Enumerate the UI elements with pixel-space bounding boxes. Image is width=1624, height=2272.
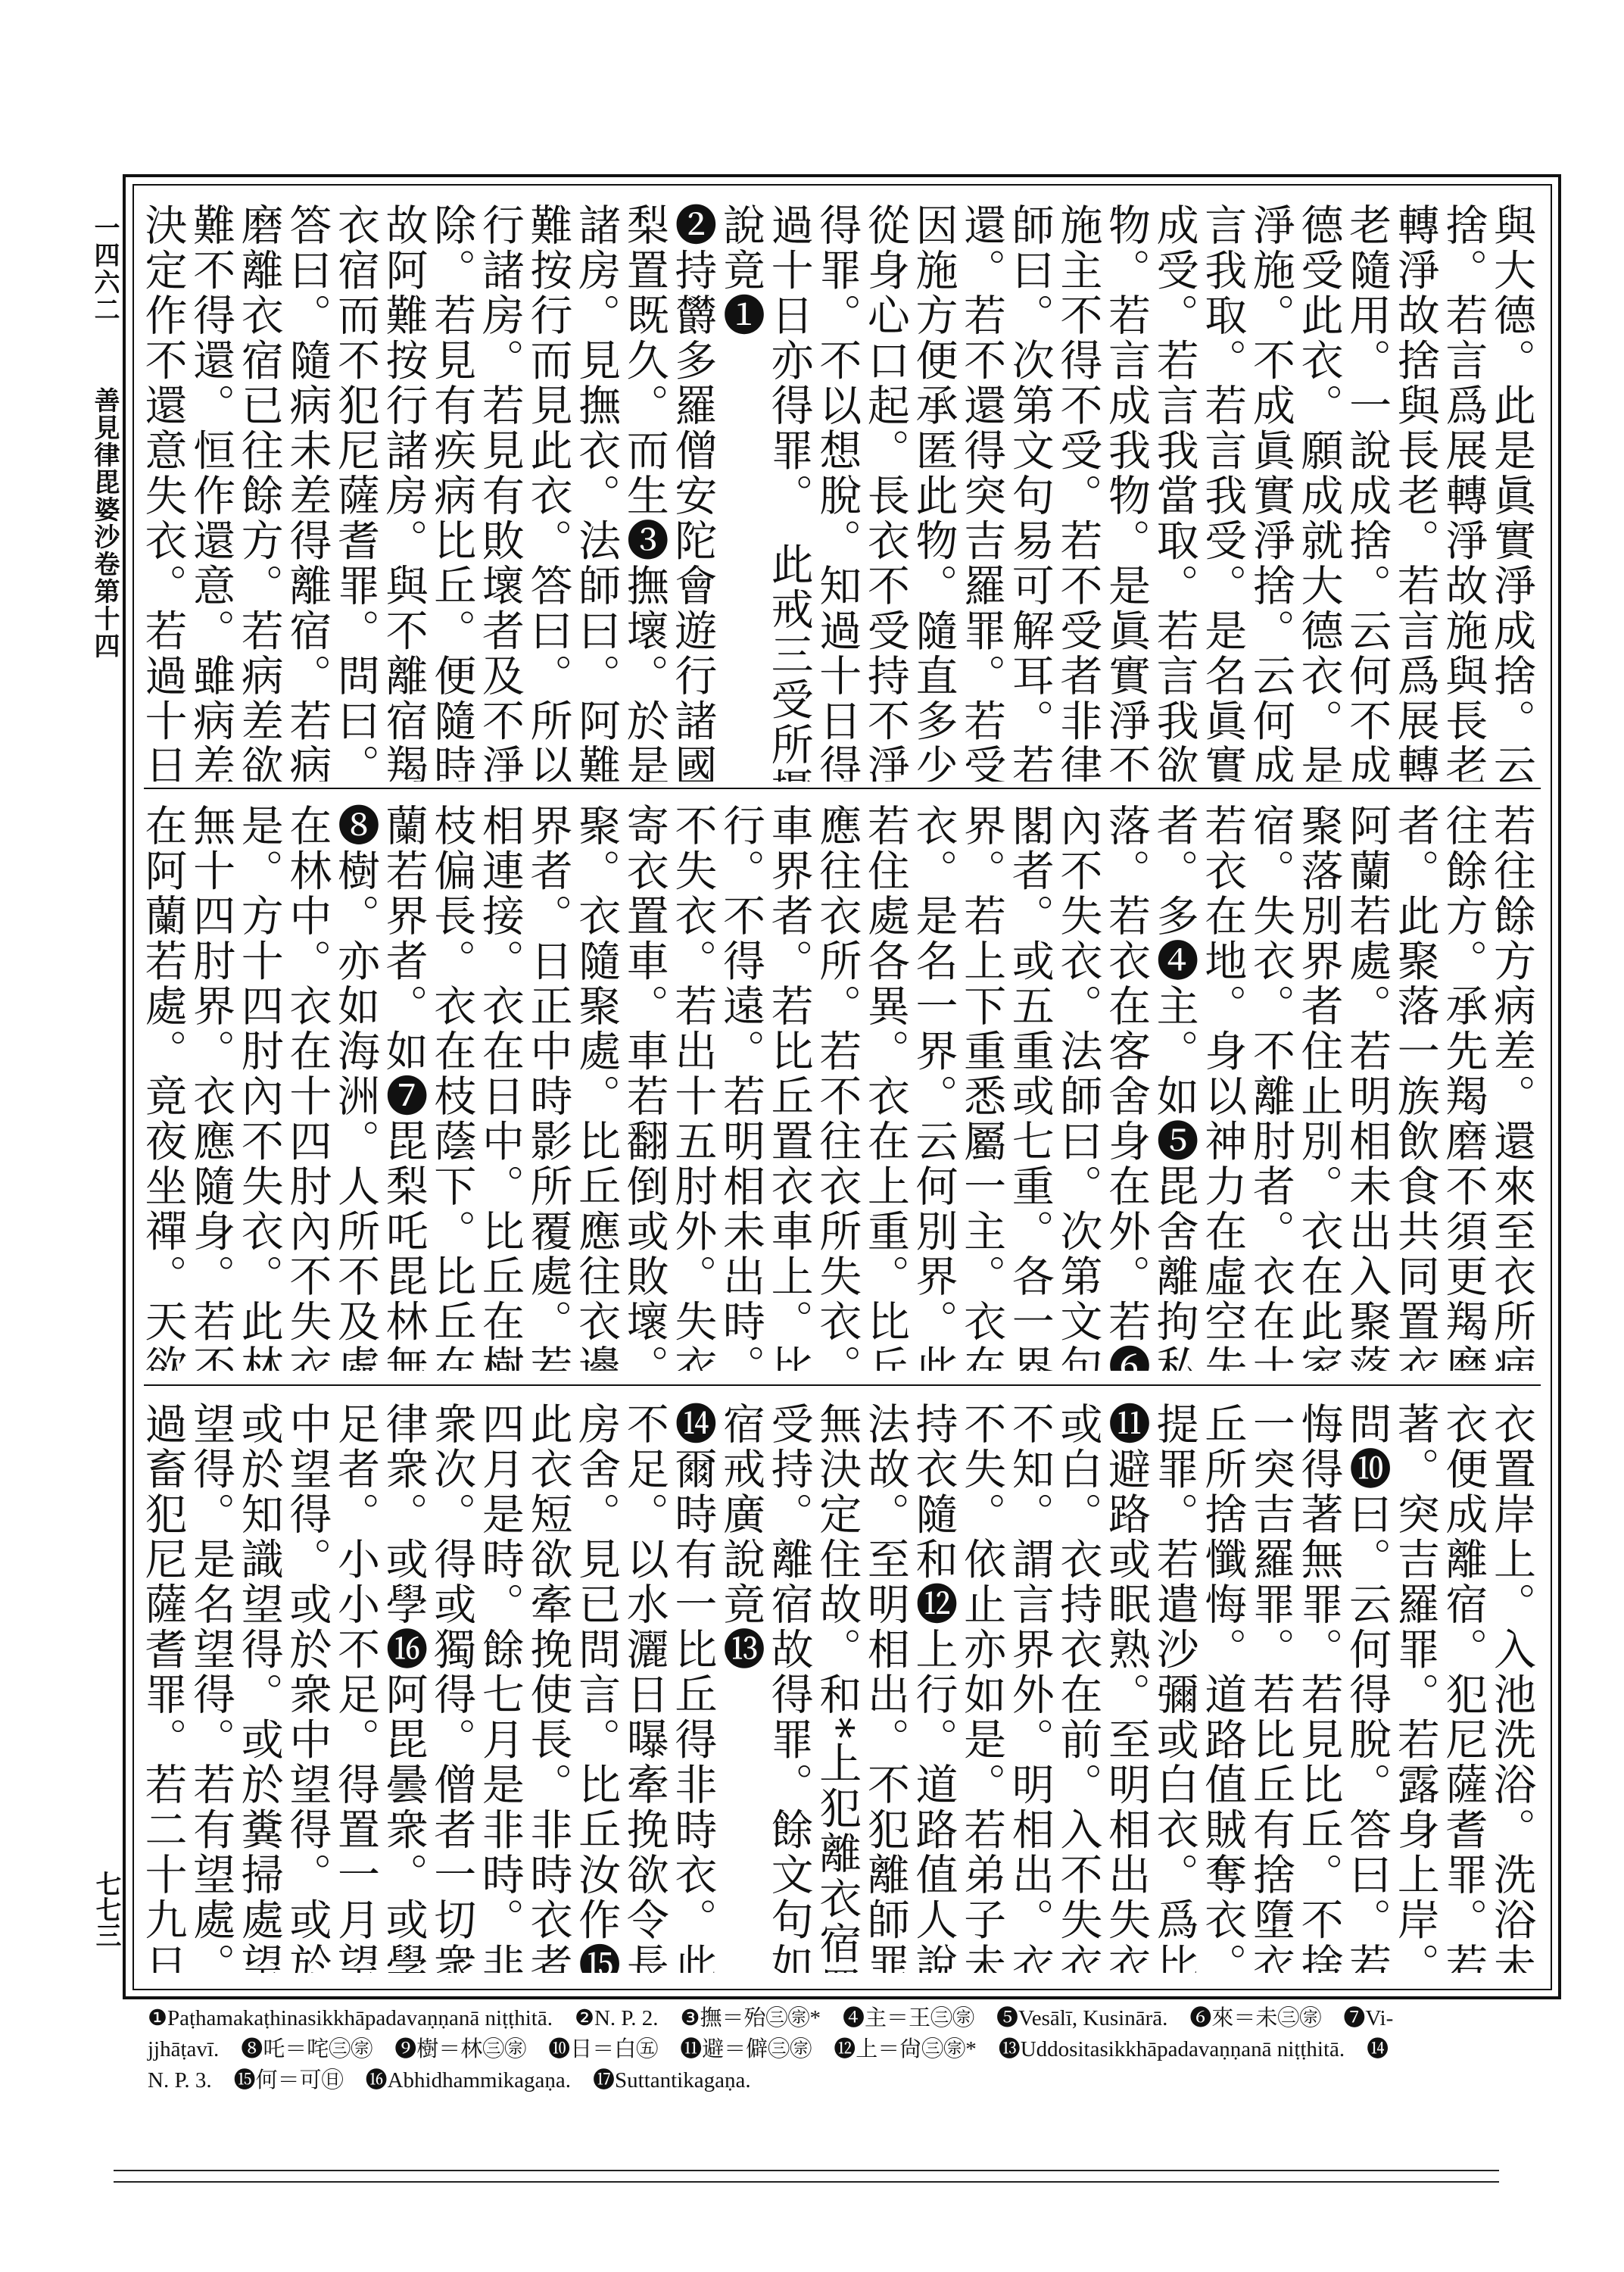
text-column: 丘所捨懺悔。道路值賊奪衣。但懺悔波夜 — [1204, 1397, 1252, 1973]
footnote-line: jjhāṭavī. ❽吒＝咤㊂㊪ ❾樹＝林㊂㊪ ❿日＝白㊄ ⓫避＝僻㊂㊪ ⓬上＝… — [148, 2034, 1548, 2065]
text-column: 落。若衣在客舍身在外。若❻來離衣十五肘 — [1107, 799, 1155, 1371]
bottom-rule — [114, 2181, 1499, 2183]
text-column: 難按行而見此衣。答曰。所以長老阿難按 — [529, 198, 578, 782]
footnote-line: ❶Paṭhamakaṭhinasikkhāpadavaṇṇanā niṭṭhit… — [148, 2003, 1548, 2034]
text-column: 在林中。衣在十四肘內不失衣。海洲亦如 — [288, 799, 337, 1371]
text-column: 問❿曰。云何得脫。答曰。若無比丘未得懺 — [1348, 1397, 1397, 1973]
text-column: 無十四肘界。衣應隨身。若不隨失衣。比丘 — [192, 799, 241, 1371]
text-column: 無決定住故。和*上犯離衣宿罪。此戒衣已 — [818, 1397, 867, 1973]
text-column: 成受。若言我當取。若言我欲取。若言作我 — [1155, 198, 1204, 782]
text-column: 著。突吉羅罪。若露身上岸。復犯突吉羅罪。 — [1396, 1397, 1445, 1973]
text-column: 施主不得不受。若不受者非律行也。法 — [1059, 198, 1108, 782]
text-column: 除。若見有疾病比丘。便隨時供養料理。是 — [433, 198, 482, 782]
text-column: 者。多❹主。如❺毘舍離拘私羅那國。此是別聚 — [1155, 799, 1204, 1371]
text-column: 此衣短欲牽挽使長。非時衣者。夏末一月冬 — [529, 1397, 578, 1973]
text-column: 提罪。若遣沙彌或白衣。爲比丘持衣行。或 — [1155, 1397, 1204, 1973]
footnotes: ❶Paṭhamakaṭhinasikkhāpadavaṇṇanā niṭṭhit… — [148, 2003, 1548, 2096]
text-column: 持衣隨和⓬上行。道路值人說法。因貪聞 — [915, 1397, 963, 1973]
text-column: 衣宿而不犯尼薩耆罪。問曰。得幾時離宿。 — [336, 198, 385, 782]
text-column: 決定作不還意失衣。若過十日犯長衣罪。 — [144, 198, 192, 782]
text-column: 法故。至明相出。不犯離師罪。何以故。心 — [866, 1397, 915, 1973]
text-section-middle: 若往餘方病差。還來至衣所病復發。更欲 往餘方。承先羯磨不須更羯磨。聚落一界 者。… — [144, 799, 1541, 1371]
text-column: ⓮爾時有一比丘得非時衣。此比丘欲作衣 — [674, 1397, 722, 1973]
text-column: 聚。衣隨聚處。比丘應往衣邊。不得離。樹 — [578, 799, 626, 1371]
text-column: 梨置既久。而生❸撫壞。於是長老阿難按行 — [625, 198, 674, 782]
text-column: 德受此衣。願成就大德衣。是名眞實展轉 — [1300, 198, 1348, 782]
text-column: 四月是時。餘七月是非時。非時施者。僧次得 — [481, 1397, 529, 1973]
running-header: 一四六二 善見律毘婆沙卷第十四 — [89, 214, 120, 660]
text-column: 或白。衣持衣在前。入不失衣界。比丘亦入 — [1059, 1397, 1108, 1973]
text-column: 淨施。不成眞實淨捨。云何成受不成受。若 — [1252, 198, 1300, 782]
text-section-top: 與大德。此是眞實淨成捨。云何展轉淨施成 捨。若言爲展轉淨故施與長老。若言爲展 轉… — [144, 198, 1541, 782]
text-column: ❽樹。亦如海洲。人所不及處。林界者。若衣 — [336, 799, 385, 1371]
text-column: ❷持欝多羅僧安陀會遊行諸國者此僧伽 — [674, 198, 722, 782]
text-column: 答曰。隨病未差得離宿。若病比丘。僧爲羯 — [288, 198, 337, 782]
text-column: 蘭若界者。如❼毘梨吒毘林無異。漢言大 — [385, 799, 433, 1371]
text-column: 內不失衣。法師曰。次第文句易可解耳。重 — [1059, 799, 1108, 1371]
text-column: 衆次。得或獨得。僧者一切衆僧。衆者。或學 — [433, 1397, 482, 1973]
text-column: 望得。是名望得。若有望處。一月內得畜。若 — [192, 1397, 241, 1973]
text-column: 一突吉羅罪。若比丘有捨墮衣。欲將至比 — [1252, 1397, 1300, 1973]
text-column: 閣者。或五重或七重。各一界有別界。云何一 — [1011, 799, 1059, 1371]
text-column: 若往餘方病差。還來至衣所病復發。更欲 — [1492, 799, 1541, 1371]
text-column: 宿戒廣說竟⓭ — [722, 1397, 770, 1973]
text-column: 行。不得遠。若明相未出時。離車十五肘內。 — [722, 799, 770, 1371]
text-column: 寄衣置車。車若翻倒或敗壞。車上物分張多 — [625, 799, 674, 1371]
text-column: 枝偏長。衣在枝蔭下。比丘在樹根不失。阿 — [433, 799, 482, 1371]
text-column: 行諸房。若見有敗壞者及不淨。便自補治掃 — [481, 198, 529, 782]
text-column: 應往衣所。若不往衣所失衣。是名別界。 — [818, 799, 867, 1371]
text-column: 與大德。此是眞實淨成捨。云何展轉淨施成 — [1492, 198, 1541, 782]
text-column: 宿。失衣。不離肘者。衣在十五肘內不失。 — [1252, 799, 1300, 1371]
text-column: 相連接。衣在日中。比丘在樹下失衣。若樹 — [481, 799, 529, 1371]
text-column: 因施方便承匿此物。隨直多少得罪。此戒 — [915, 198, 963, 782]
page-number-cjk: 一四六二 — [89, 214, 120, 323]
text-column: 不失衣。若出十五肘外。失衣是名車界。若 — [674, 799, 722, 1371]
text-column: 足者。小小不足。得置一月望得者。或於僧 — [336, 1397, 385, 1973]
text-column: 說竟❶ — [722, 198, 770, 782]
text-column: 言我取。若言我受。是名眞實淨成受。云何不 — [1204, 198, 1252, 782]
text-column: 在阿蘭若處。竟夜坐禪。天欲曉患眼睡。脫 — [144, 799, 192, 1371]
text-column: 磨離衣宿已往餘方。若病差欲還。道路嶮 — [240, 198, 288, 782]
text-column: 還。若不還得突吉羅罪。若受已知非己物。 — [963, 198, 1011, 782]
text-column: 者。此聚落一族飲食共同置衣此聚落。身在 — [1396, 799, 1445, 1371]
text-column: 捨。若言爲展轉淨故施與長老。若言爲展 — [1445, 198, 1493, 782]
section-divider — [144, 788, 1541, 789]
folio-number: 七七三 — [91, 1871, 121, 1948]
text-column: 或於知識望得。或於糞掃處望得。或自物 — [240, 1397, 288, 1973]
text-column: 衣便成離宿。犯尼薩耆罪。若未捨未懺悔若 — [1445, 1397, 1493, 1973]
text-column: 房舍。見已問言。比丘汝作⓯何等。比丘答言。 — [578, 1397, 626, 1973]
text-column: 中望得。或於衆中望得。或於親友望得。 — [288, 1397, 337, 1973]
text-column: 老隨用。一說成捨。云何不成捨。若言願大 — [1348, 198, 1397, 782]
running-title: 善見律毘婆沙卷第十四 — [89, 387, 120, 660]
text-column: 律衆。或學⓰阿毘曇衆。或學⓱修多羅衆。若不 — [385, 1397, 433, 1973]
text-column: 界者。日正中時影所覆處。若樹枝葉蔬蔭不 — [529, 799, 578, 1371]
text-column: 難不得還。恒作還意。雖病差不失衣。若 — [192, 198, 241, 782]
text-column: 往餘方。承先羯磨不須更羯磨。聚落一界 — [1445, 799, 1493, 1371]
text-column: 轉淨故捨與長老。若言爲展轉淨故與長 — [1396, 198, 1445, 782]
text-column: 衣。是名一界。云何別界。此重閣多人共住。 — [915, 799, 963, 1371]
text-column: 受持。離宿故得罪。餘文句如前無異。離衣 — [770, 1397, 818, 1973]
text-column: 從身心口起。長衣不受持不淨施。過十日 — [866, 198, 915, 782]
text-column: 聚落別界者住止別。衣在此家。身在彼家 — [1300, 799, 1348, 1371]
text-column: 車界者。若比丘置衣車上。比丘應隨逐車 — [770, 799, 818, 1371]
text-column: 不知。謂言界外。明相出。衣實在界內。謂失 — [1011, 1397, 1059, 1973]
text-column: 若住處各異。衣在上重。比丘在下重。比丘 — [866, 799, 915, 1371]
text-column: 不失。依止亦如是。若弟子未滿五臘。爲師 — [963, 1397, 1011, 1973]
text-column: 師曰。次第文句易可解耳。若受已不得不 — [1011, 198, 1059, 782]
text-column: 諸房。見撫衣。法師曰。阿難云何見此衣。阿 — [578, 198, 626, 782]
text-column: 阿蘭若處。若明相未出入聚落界不失衣。 — [1348, 799, 1397, 1371]
text-column: 過畜犯尼薩耆罪。若二十九日得所望衣細 — [144, 1397, 192, 1973]
text-column: 得罪。不以想脫。知過十日得罪。不知 — [818, 198, 867, 782]
text-column: 界。若上下重悉屬一主。衣在此重閣不失 — [963, 799, 1011, 1371]
text-section-bottom: 衣置岸上。入池洗浴。洗浴未竟明相出。此 衣便成離宿。犯尼薩耆罪。若未捨未懺悔若 … — [144, 1397, 1541, 1973]
text-column: 是。方十四肘內不失衣。此林若有人來往。 — [240, 799, 288, 1371]
text-column: 故阿難按行諸房。與不離宿羯磨者。雖離 — [385, 198, 433, 782]
text-column: 若衣在地。身以神力在虛空失衣。別聚落 — [1204, 799, 1252, 1371]
text-column: 過十日亦得罪。 此戒三受所攝長衣戒廣 — [770, 198, 818, 782]
footnote-line: N. P. 3. ⓯何＝可㊐ ⓰Abhidhammikagaṇa. ⓱Sutta… — [148, 2065, 1548, 2096]
text-column: 不足。以水灑日曝牽挽欲令長。世尊按行 — [625, 1397, 674, 1973]
text-column: ⓫避路或眠熟。至明相出失衣應捨。若沙彌 — [1107, 1397, 1155, 1973]
text-column: 悔得著無罪。若見比丘。不捨懺悔隨著。一 — [1300, 1397, 1348, 1973]
text-column: 物。若言成我物。是眞實淨不成受。若請爲 — [1107, 198, 1155, 782]
text-column: 衣置岸上。入池洗浴。洗浴未竟明相出。此 — [1492, 1397, 1541, 1973]
section-divider — [144, 1384, 1541, 1386]
bottom-rule — [114, 2170, 1499, 2171]
